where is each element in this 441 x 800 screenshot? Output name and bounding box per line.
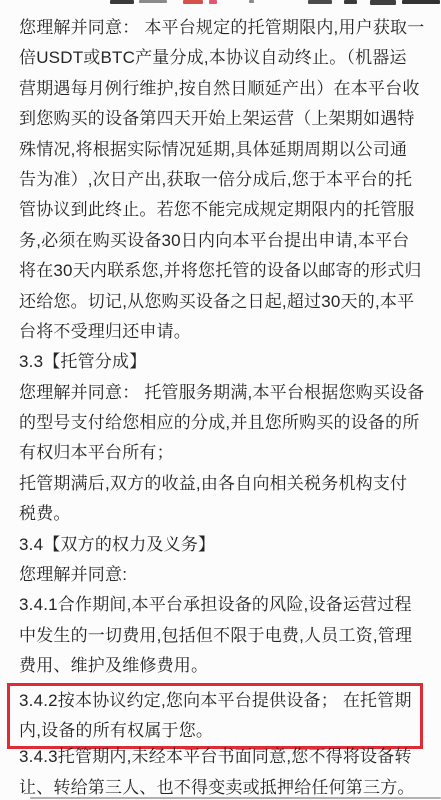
text-line: 费用、维护及维修费用。 (19, 651, 422, 681)
text-line-boxed: 3.4.2按本协议约定,您向本平台提供设备； 在托管期 (19, 686, 420, 716)
text-line: 台将不受理归还申请。 (19, 317, 422, 347)
text-line: 营期遇每月例行维护,按自然日顺延产出）在本平台收 (19, 74, 422, 104)
text-line: 您理解并同意： 本平台规定的托管期限内,用户获取一 (19, 13, 422, 43)
highlight-box: 3.4.2按本协议约定,您向本平台提供设备； 在托管期 内,设备的所有权属于您。 (7, 683, 423, 750)
heading-3-3: 3.3【托管分成】 (19, 347, 422, 377)
agreement-text: 您理解并同意： 本平台规定的托管期限内,用户获取一 倍USDT或BTC产量分成,… (0, 0, 441, 800)
text-line: 中发生的一切费用,包括但不限于电费,人员工资,管理 (19, 621, 422, 651)
text-line: 将在30天内联系您,并将您托管的设备以邮寄的形式归 (19, 256, 422, 286)
text-line: 让、转给第三人、也不得变卖或抵押给任何第三方。 (19, 773, 422, 800)
text-line: 告为准）,次日产出,获取一倍分成后,您于本平台的托 (19, 165, 422, 195)
page: { "page": { "background": "#fcfcfc", "te… (0, 0, 441, 800)
text-line: 税费。 (19, 499, 422, 529)
text-line: 3.4.1合作期间,本平台承担设备的风险,设备运营过程 (19, 590, 422, 620)
text-line: 的型号支付给您相应的分成,并且您所购买的设备的所 (19, 408, 422, 438)
heading-3-4: 3.4【双方的权力及义务】 (19, 530, 422, 560)
text-line: 您理解并同意: (19, 560, 422, 590)
text-line: 管协议到此终止。若您不能完成规定期限内的托管服 (19, 195, 422, 225)
text-line: 倍USDT或BTC产量分成,本协议自动终止。（机器运 (19, 43, 422, 73)
text-line: 到您购买的设备第四天开始上架运营（上架期如遇特 (19, 104, 422, 134)
text-line: 托管期满后,双方的收益,由各自向相关税务机构支付 (19, 469, 422, 499)
text-line: 还给您。切记,从您购买设备之日起,超过30天的,本平 (19, 287, 422, 317)
text-line: 您理解并同意： 托管服务期满,本平台根据您购买设备 (19, 378, 422, 408)
text-line: 殊情况,将根据实际情况延期,具体延期周期以公司通 (19, 135, 422, 165)
text-line: 务,必须在购买设备30日内向本平台提出申请,本平台 (19, 226, 422, 256)
text-line: 3.4.3托管期内,未经本平台书面同意,您不得将设备转 (19, 742, 422, 772)
text-line: 有权归本平台所有； (19, 438, 422, 468)
